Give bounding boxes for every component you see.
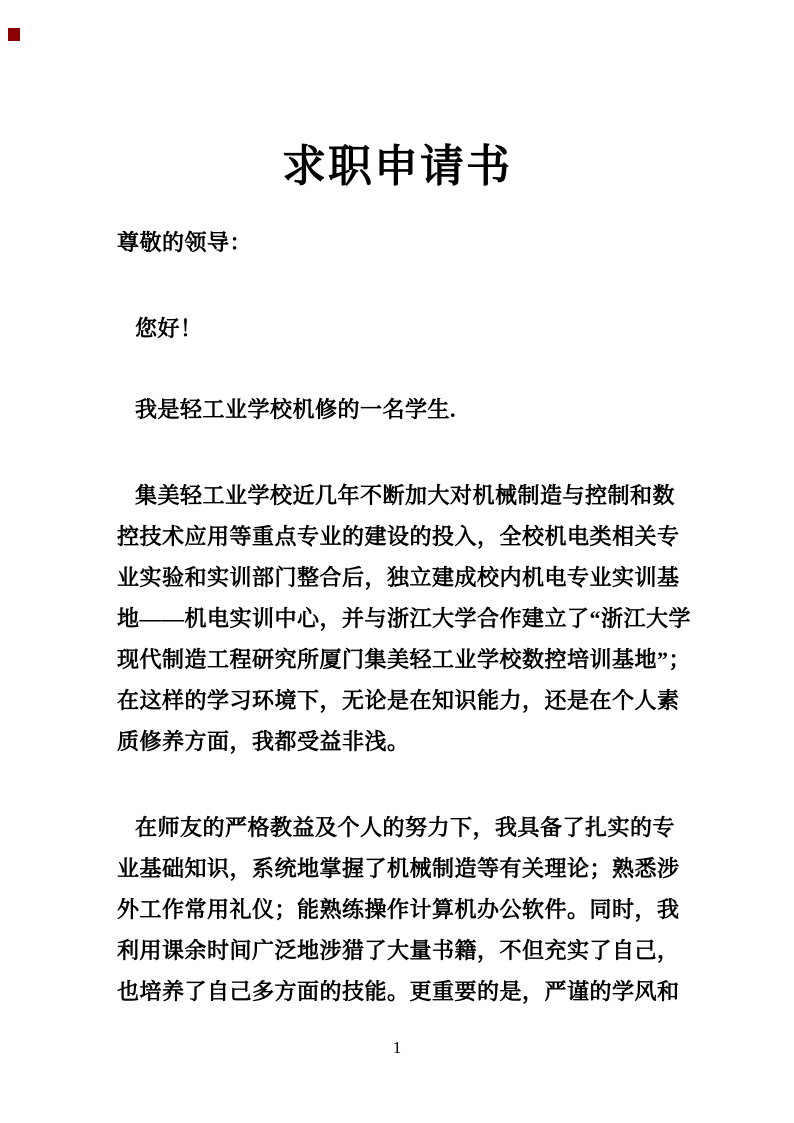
document-page: 求职申请书 尊敬的领导： 您好！ 我是轻工业学校机修的一名学生. 集美轻工业学校… bbox=[0, 0, 794, 1123]
text-line: 现代制造工程研究所厦门集美轻工业学校数控培训基地”； bbox=[117, 639, 717, 680]
corner-mark bbox=[8, 28, 20, 41]
text-line: 业基础知识，系统地掌握了机械制造等有关理论；熟悉涉 bbox=[117, 848, 717, 889]
text-line: 在这样的学习环境下，无论是在知识能力，还是在个人素 bbox=[117, 680, 717, 721]
salutation-line: 尊敬的领导： bbox=[117, 222, 252, 263]
text-line: 也培养了自己多方面的技能。更重要的是，严谨的学风和 bbox=[117, 971, 717, 1012]
page-number: 1 bbox=[0, 1038, 794, 1058]
text-line: 外工作常用礼仪；能熟练操作计算机办公软件。同时，我 bbox=[117, 889, 717, 930]
text-line: 业实验和实训部门整合后，独立建成校内机电专业实训基 bbox=[117, 557, 717, 598]
text-line: 利用课余时间广泛地涉猎了大量书籍，不但充实了自己， bbox=[117, 930, 717, 971]
document-title: 求职申请书 bbox=[0, 142, 794, 192]
text-line: 控技术应用等重点专业的建设的投入，全校机电类相关专 bbox=[117, 516, 717, 557]
intro-line: 我是轻工业学校机修的一名学生. bbox=[135, 389, 456, 430]
greeting-line: 您好！ bbox=[135, 308, 203, 349]
paragraph-skills: 在师友的严格教益及个人的努力下，我具备了扎实的专 业基础知识，系统地掌握了机械制… bbox=[117, 807, 717, 1012]
paragraph-school-intro: 集美轻工业学校近几年不断加大对机械制造与控制和数 控技术应用等重点专业的建设的投… bbox=[117, 475, 717, 762]
text-line: 地——机电实训中心，并与浙江大学合作建立了“浙江大学 bbox=[117, 598, 717, 639]
text-line: 在师友的严格教益及个人的努力下，我具备了扎实的专 bbox=[117, 807, 717, 848]
text-line: 集美轻工业学校近几年不断加大对机械制造与控制和数 bbox=[117, 475, 717, 516]
text-line: 质修养方面，我都受益非浅。 bbox=[117, 721, 717, 762]
